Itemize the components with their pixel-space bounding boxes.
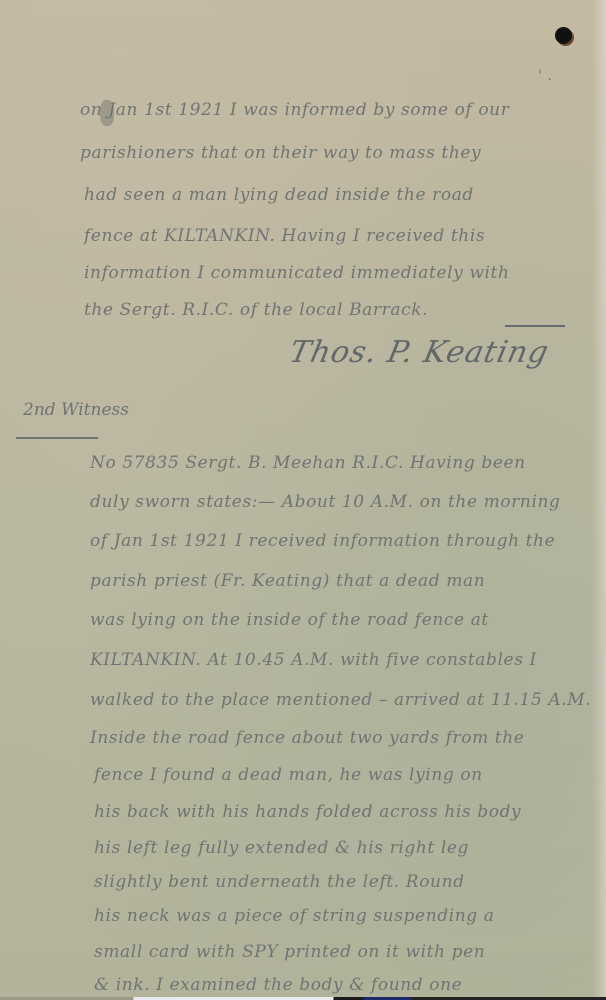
signature: Thos. P. Keating: [286, 335, 552, 370]
heading-underline: [16, 437, 98, 439]
section-heading: 2nd Witness: [23, 400, 129, 420]
statement-line: was lying on the inside of the road fenc…: [90, 610, 489, 630]
statement-line: KILTANKIN. At 10.45 A.M. with five const…: [90, 650, 537, 670]
signature-flourish: [505, 325, 565, 327]
statement-line: No 57835 Sergt. B. Meehan R.I.C. Having …: [90, 453, 526, 473]
statement-line: had seen a man lying dead inside the roa…: [84, 185, 474, 205]
statement-line: the Sergt. R.I.C. of the local Barrack.: [84, 300, 428, 320]
statement-line: duly sworn states:— About 10 A.M. on the…: [90, 492, 561, 512]
statement-line: his neck was a piece of string suspendin…: [94, 906, 495, 926]
punch-hole: [555, 27, 572, 44]
statement-line: on Jan 1st 1921 I was informed by some o…: [80, 100, 509, 120]
page-mark: ' .: [538, 68, 553, 84]
statement-line: parish priest (Fr. Keating) that a dead …: [90, 571, 485, 591]
statement-line: information I communicated immediately w…: [84, 263, 510, 283]
statement-line: slightly bent underneath the left. Round: [94, 872, 465, 892]
statement-line: Inside the road fence about two yards fr…: [90, 728, 524, 748]
statement-line: small card with SPY printed on it with p…: [94, 942, 485, 962]
statement-line: walked to the place mentioned – arrived …: [90, 690, 591, 710]
statement-line: his back with his hands folded across hi…: [94, 802, 521, 822]
paper-edge: [592, 0, 606, 1000]
statement-line: fence at KILTANKIN. Having I received th…: [84, 226, 485, 246]
statement-line: his left leg fully extended & his right …: [94, 838, 469, 858]
statement-line: & ink. I examined the body & found one: [94, 975, 462, 995]
statement-line: of Jan 1st 1921 I received information t…: [90, 531, 555, 551]
statement-line: fence I found a dead man, he was lying o…: [94, 765, 483, 785]
statement-line: parishioners that on their way to mass t…: [80, 143, 481, 163]
document-page: ' . on Jan 1st 1921 I was informed by so…: [0, 0, 606, 1000]
